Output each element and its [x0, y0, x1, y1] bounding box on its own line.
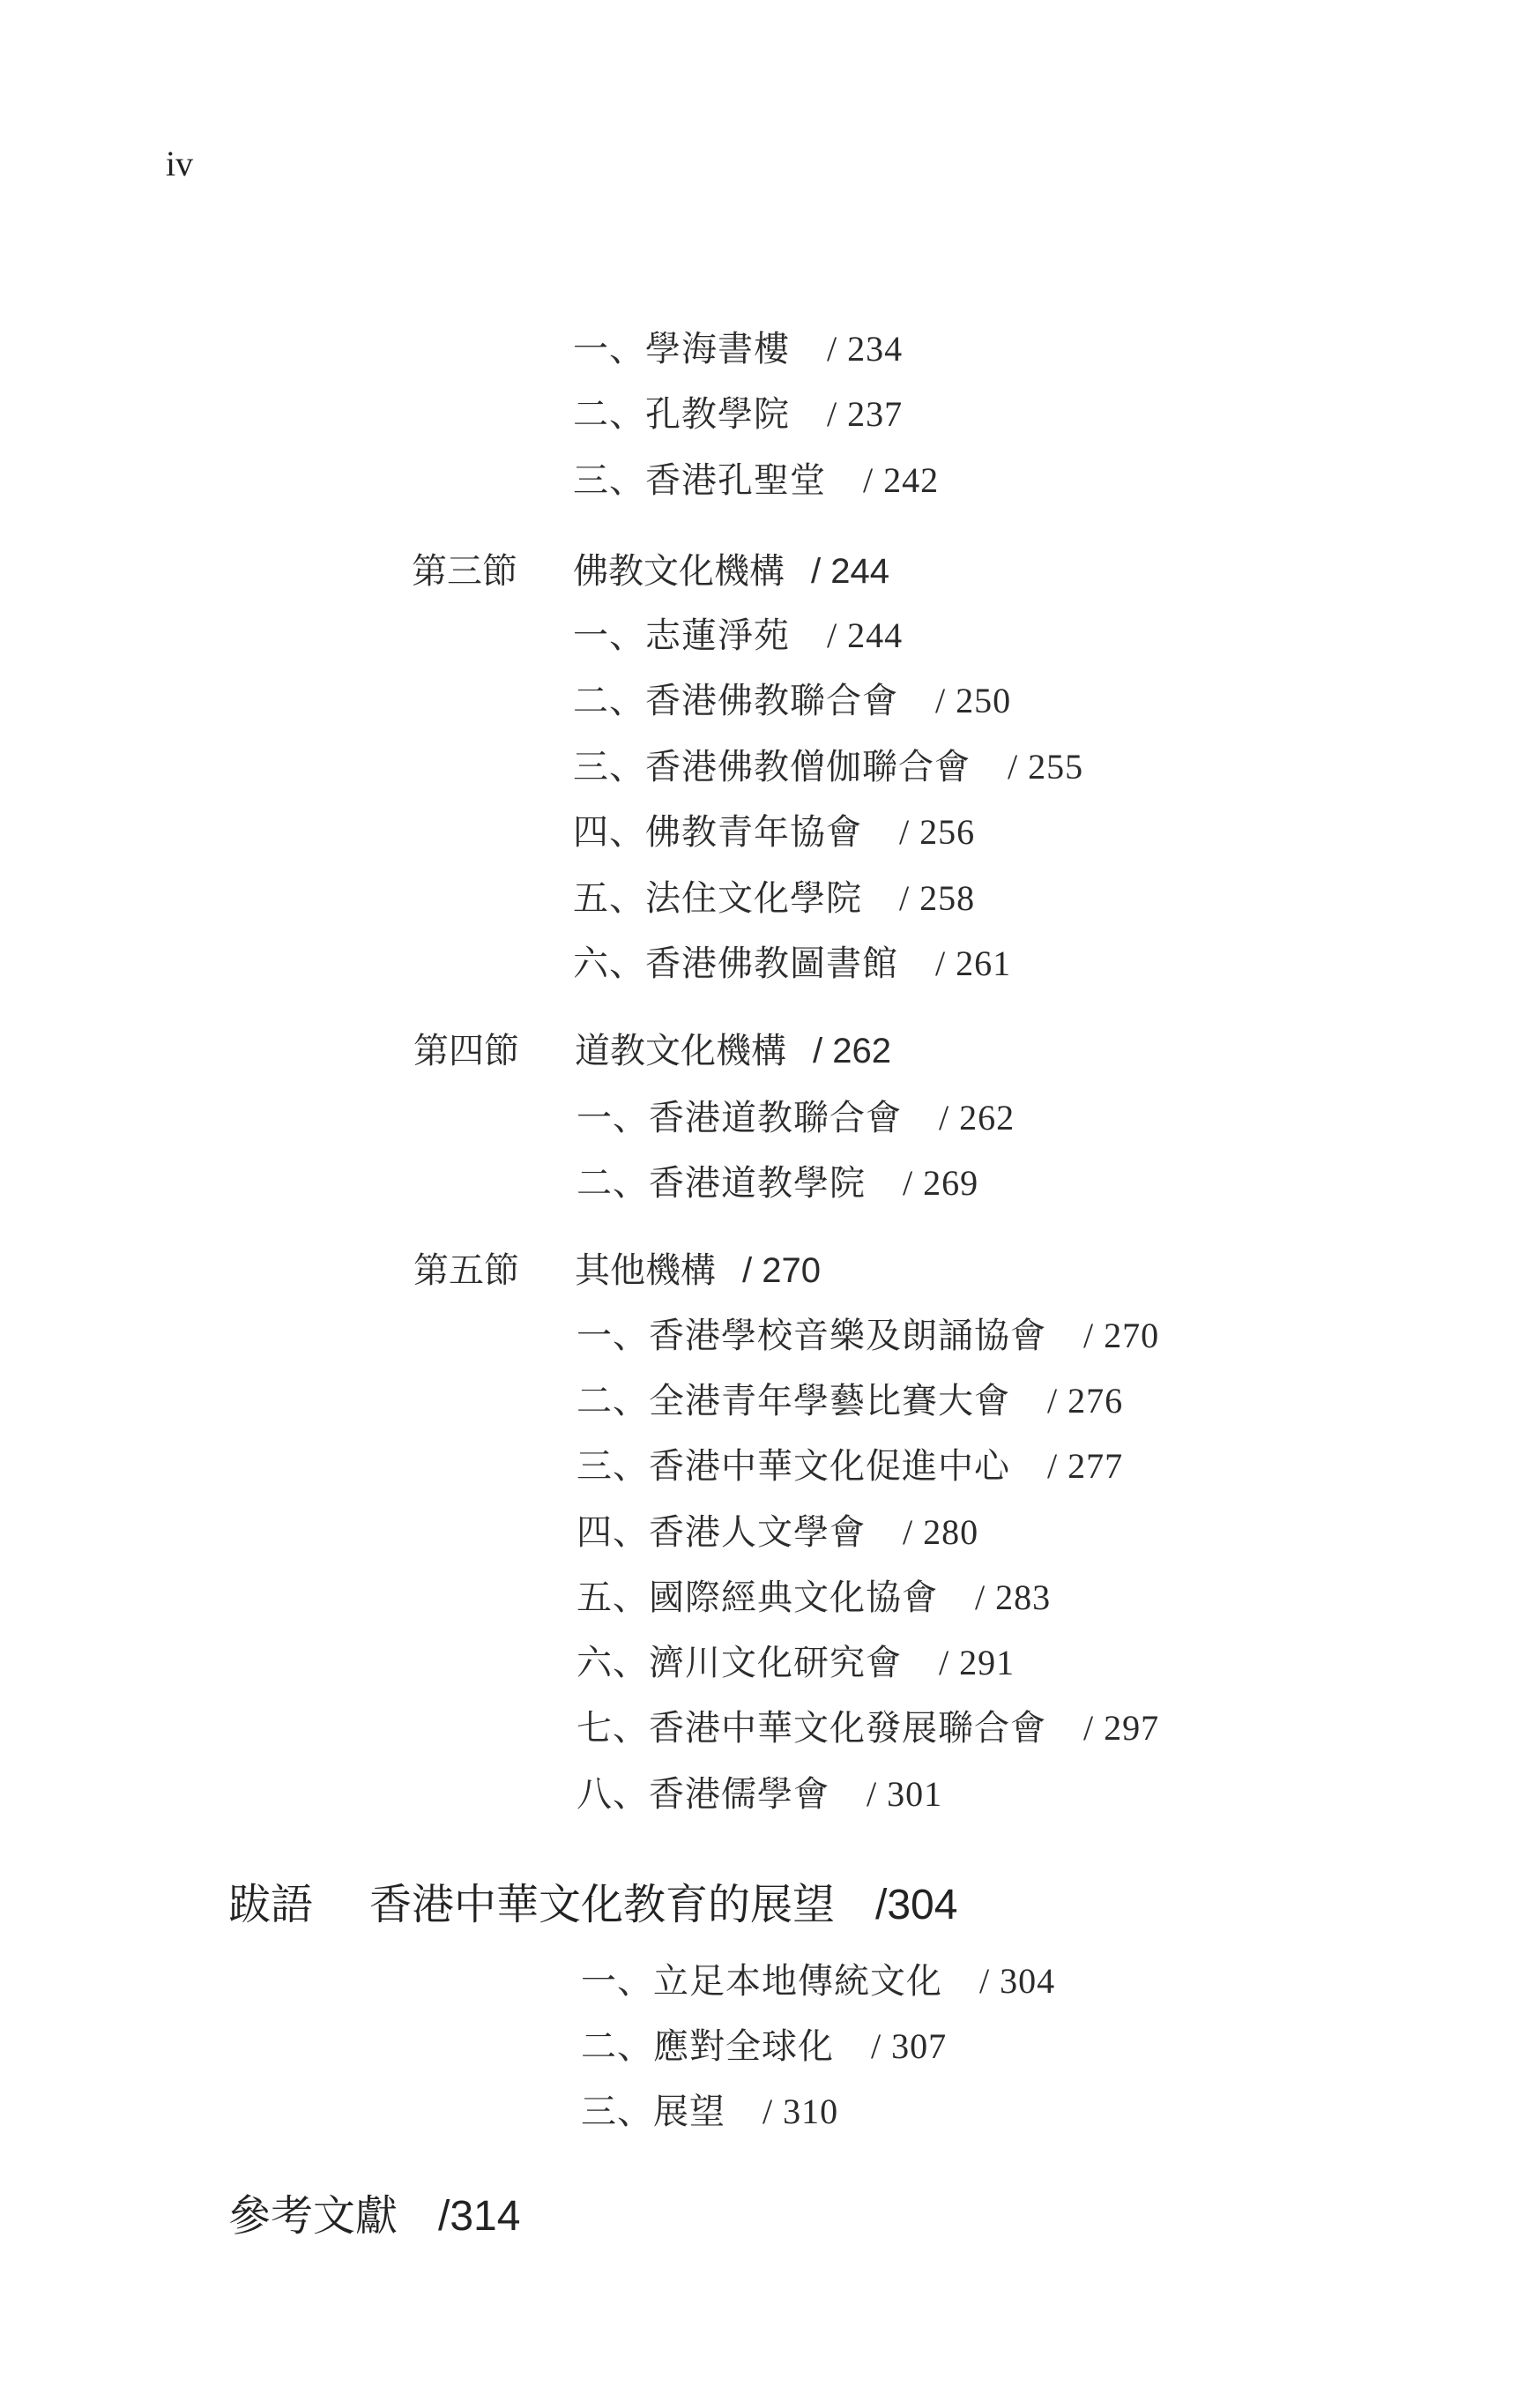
- toc-epilogue[interactable]: 跋語香港中華文化教育的展望/304: [228, 1883, 957, 1927]
- toc-item-page: / 270: [1083, 1316, 1159, 1355]
- toc-item-page: / 283: [975, 1577, 1051, 1617]
- toc-section-5[interactable]: 第五節其他機構/ 270: [413, 1253, 821, 1288]
- toc-item-label: 五、法住文化學院: [573, 878, 862, 919]
- toc-item-page: / 250: [935, 681, 1011, 720]
- toc-item-label: 二、孔教學院: [573, 394, 790, 435]
- toc-item-page: / 297: [1083, 1708, 1159, 1748]
- toc-item[interactable]: 三、香港孔聖堂/ 242: [573, 463, 939, 498]
- toc-item[interactable]: 一、香港學校音樂及朗誦協會/ 270: [577, 1318, 1159, 1354]
- toc-item[interactable]: 二、香港佛教聯合會/ 250: [573, 683, 1011, 719]
- epilogue-title: 香港中華文化教育的展望: [369, 1880, 835, 1929]
- toc-item-label: 二、應對全球化: [581, 2026, 834, 2067]
- toc-item-label: 五、國際經典文化協會: [577, 1577, 938, 1618]
- toc-item-label: 一、香港道教聯合會: [577, 1098, 902, 1138]
- toc-item[interactable]: 二、香港道教學院/ 269: [577, 1166, 978, 1201]
- toc-item[interactable]: 一、志蓮淨苑/ 244: [573, 618, 903, 653]
- toc-item[interactable]: 四、佛教青年協會/ 256: [573, 815, 975, 850]
- toc-references[interactable]: 參考文獻/314: [228, 2195, 520, 2238]
- toc-item-page: / 242: [863, 460, 939, 500]
- toc-item-page: / 237: [827, 394, 903, 434]
- references-label: 參考文獻: [228, 2191, 398, 2241]
- toc-item-page: / 269: [903, 1163, 978, 1203]
- toc-item-page: / 261: [935, 943, 1011, 983]
- toc-item-label: 二、香港道教學院: [577, 1163, 866, 1204]
- section-title: 佛教文化機構: [573, 551, 785, 592]
- toc-item-label: 八、香港儒學會: [577, 1774, 830, 1815]
- toc-item[interactable]: 六、香港佛教圖書館/ 261: [573, 946, 1011, 981]
- toc-item-page: / 244: [827, 615, 903, 655]
- toc-item-page: / 304: [979, 1961, 1055, 2001]
- toc-item-page: / 307: [871, 2026, 947, 2066]
- toc-item[interactable]: 三、展望/ 310: [581, 2094, 838, 2129]
- toc-item-page: / 310: [763, 2092, 838, 2131]
- toc-item-page: / 258: [899, 878, 975, 918]
- toc-item[interactable]: 一、立足本地傳統文化/ 304: [581, 1964, 1055, 1999]
- toc-item[interactable]: 四、香港人文學會/ 280: [577, 1515, 978, 1550]
- section-page: / 244: [811, 552, 889, 591]
- toc-item-label: 一、立足本地傳統文化: [581, 1961, 942, 2002]
- toc-item-label: 三、展望: [581, 2092, 725, 2132]
- toc-item[interactable]: 一、香港道教聯合會/ 262: [577, 1100, 1015, 1136]
- toc-item[interactable]: 六、濟川文化研究會/ 291: [577, 1645, 1015, 1681]
- toc-item-page: / 255: [1008, 747, 1083, 787]
- toc-item-label: 四、佛教青年協會: [573, 812, 862, 853]
- toc-item-page: / 262: [939, 1098, 1015, 1137]
- toc-item-label: 三、香港中華文化促進中心: [577, 1446, 1010, 1487]
- epilogue-page: /304: [875, 1882, 957, 1928]
- toc-item-label: 四、香港人文學會: [577, 1512, 866, 1553]
- references-page: /314: [438, 2193, 520, 2240]
- toc-item-label: 六、濟川文化研究會: [577, 1643, 902, 1683]
- toc-item-label: 一、香港學校音樂及朗誦協會: [577, 1316, 1046, 1356]
- section-title: 道教文化機構: [575, 1031, 786, 1071]
- section-page: / 270: [742, 1251, 821, 1290]
- toc-item-label: 六、香港佛教圖書館: [573, 943, 898, 984]
- toc-item[interactable]: 七、香港中華文化發展聯合會/ 297: [577, 1711, 1159, 1746]
- toc-item[interactable]: 八、香港儒學會/ 301: [577, 1777, 942, 1812]
- toc-item-page: / 277: [1047, 1446, 1123, 1486]
- toc-item-label: 三、香港孔聖堂: [573, 460, 826, 501]
- toc-item-label: 三、香港佛教僧伽聯合會: [573, 747, 971, 787]
- toc-item-page: / 280: [903, 1512, 978, 1552]
- toc-item[interactable]: 五、法住文化學院/ 258: [573, 881, 975, 916]
- toc-item-page: / 234: [827, 329, 903, 369]
- section-number: 第五節: [413, 1253, 575, 1288]
- section-page: / 262: [813, 1032, 891, 1070]
- toc-item[interactable]: 二、全港青年學藝比賽大會/ 276: [577, 1383, 1123, 1419]
- toc-item-label: 二、香港佛教聯合會: [573, 681, 898, 721]
- toc-item-page: / 276: [1047, 1381, 1123, 1421]
- toc-item[interactable]: 一、學海書樓/ 234: [573, 332, 903, 367]
- toc-item[interactable]: 三、香港中華文化促進中心/ 277: [577, 1449, 1123, 1484]
- toc-section-4[interactable]: 第四節道教文化機構/ 262: [413, 1033, 891, 1069]
- toc-item-label: 一、志蓮淨苑: [573, 615, 790, 656]
- toc-item-label: 一、學海書樓: [573, 329, 790, 369]
- toc-item-page: / 301: [867, 1774, 942, 1814]
- toc-item[interactable]: 五、國際經典文化協會/ 283: [577, 1580, 1051, 1615]
- toc-item[interactable]: 三、香港佛教僧伽聯合會/ 255: [573, 750, 1083, 785]
- section-number: 第三節: [412, 554, 573, 589]
- toc-item[interactable]: 二、孔教學院/ 237: [573, 397, 903, 432]
- section-number: 第四節: [413, 1033, 575, 1069]
- toc-item-page: / 291: [939, 1643, 1015, 1682]
- toc-item[interactable]: 二、應對全球化/ 307: [581, 2029, 947, 2064]
- toc-item-label: 七、香港中華文化發展聯合會: [577, 1708, 1046, 1749]
- toc-item-label: 二、全港青年學藝比賽大會: [577, 1381, 1010, 1421]
- page-number: iv: [166, 143, 193, 184]
- section-title: 其他機構: [575, 1250, 716, 1291]
- toc-item-page: / 256: [899, 812, 975, 852]
- toc-section-3[interactable]: 第三節佛教文化機構/ 244: [412, 554, 889, 589]
- epilogue-label: 跋語: [228, 1883, 369, 1926]
